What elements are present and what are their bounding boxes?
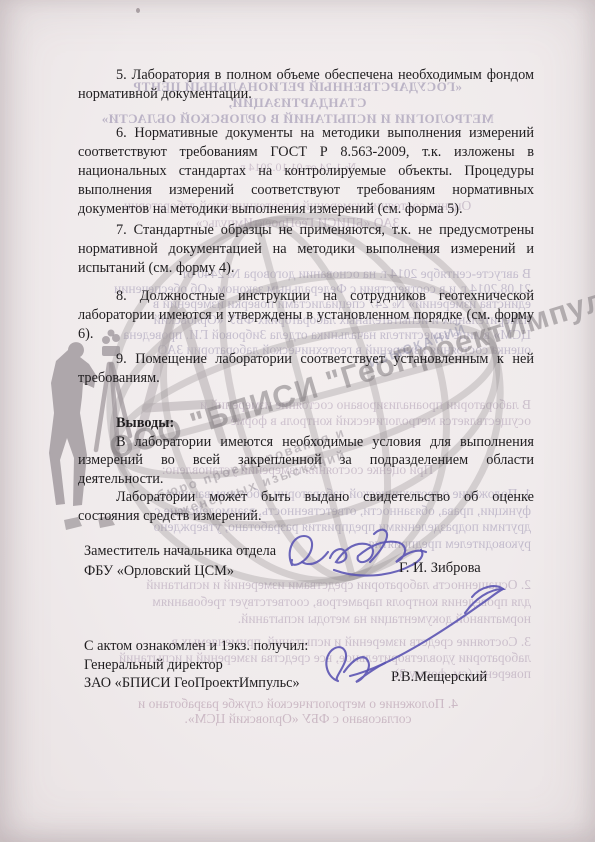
bleedthrough-item-2: 2. Оснащенность лаборатории средствами и…	[65, 576, 531, 627]
signer1-role-line2: ФБУ «Орловский ЦСМ»	[84, 561, 276, 581]
conclusion-1: В лаборатории имеются необходимые услови…	[78, 433, 534, 489]
signer2-role-line2: ЗАО «БПИСИ ГеоПроектИмпульс»	[84, 674, 308, 693]
acknowledgement-line: С актом ознакомлен и 1экз. получил:	[84, 637, 308, 656]
paragraph-8-block: 8. Должностные инструкции на сотрудников…	[78, 287, 534, 344]
paragraph-9: 9. Помещение лаборатории соответствует у…	[78, 350, 534, 388]
paragraph-5-block: 5. Лаборатория в полном объеме обеспечен…	[78, 66, 534, 104]
conclusion-2: Лаборатории может быть выдано свидетельс…	[78, 488, 534, 525]
paragraph-7-block: 7. Стандартные образцы не применяются, т…	[78, 221, 534, 278]
paragraph-5: 5. Лаборатория в полном объеме обеспечен…	[78, 66, 534, 104]
signer2-role-line1: Генеральный директор	[84, 656, 308, 675]
scan-speck	[136, 8, 140, 13]
signer1-role-block: Заместитель начальника отдела ФБУ «Орлов…	[84, 541, 276, 581]
signer2-name: Р.В.Мещерский	[391, 669, 487, 686]
paragraph-9-block: 9. Помещение лаборатории соответствует у…	[78, 350, 534, 388]
conclusions-heading: Выводы:	[116, 414, 534, 433]
conclusions-block: Выводы: В лаборатории имеются необходимы…	[78, 414, 534, 525]
signer1-name: Г. И. Зиброва	[399, 560, 481, 577]
paragraph-6-block: 6. Нормативные документы на методики вып…	[78, 124, 534, 219]
paragraph-8: 8. Должностные инструкции на сотрудников…	[78, 287, 534, 344]
paragraph-6: 6. Нормативные документы на методики вып…	[78, 124, 534, 219]
zibrova-signature-ink	[278, 524, 450, 588]
signer2-role-block: С актом ознакомлен и 1экз. получил: Гене…	[84, 637, 308, 693]
signer1-role-line1: Заместитель начальника отдела	[84, 541, 276, 561]
paragraph-7: 7. Стандартные образцы не применяются, т…	[78, 221, 534, 278]
bleedthrough-item-4: 4. Положение о метрологической службе ра…	[65, 696, 531, 726]
